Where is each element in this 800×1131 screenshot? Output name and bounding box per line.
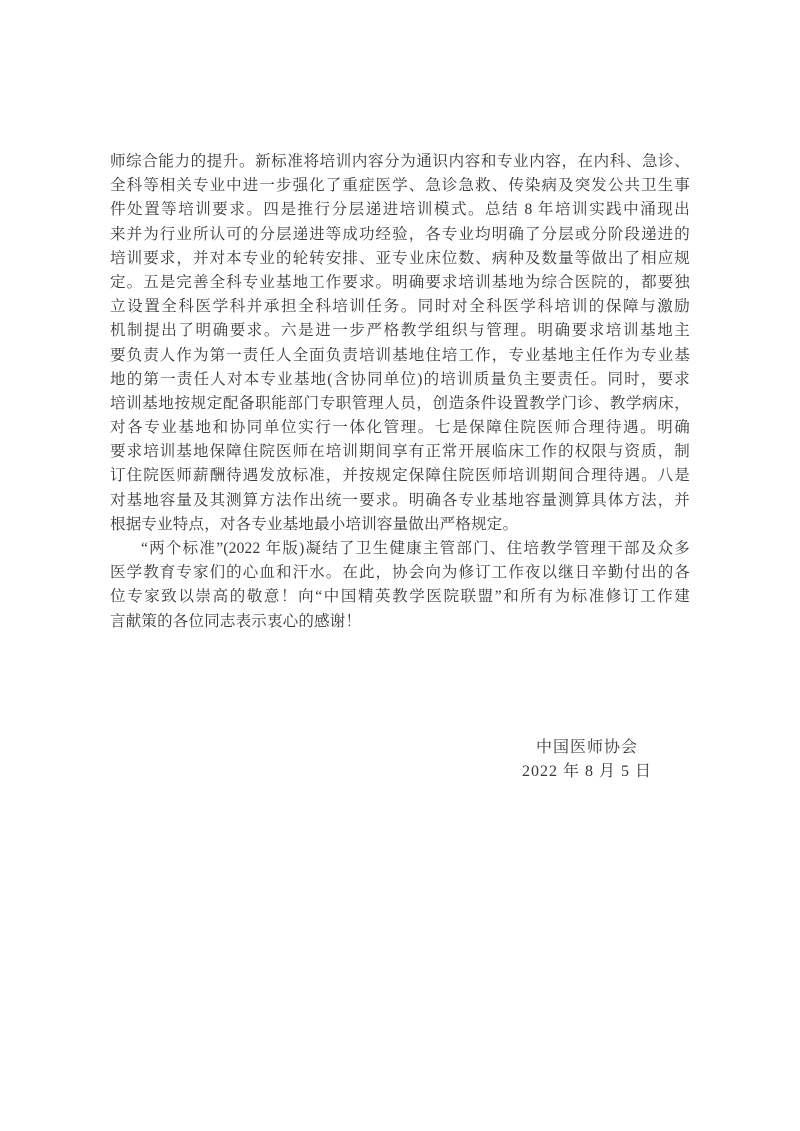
signature-organization: 中国医师协会 bbox=[522, 736, 652, 760]
body-line: 对基地容量及其测算方法作出统一要求。明确各专业基地容量测算具体方法，并 bbox=[110, 489, 690, 513]
document-body: 师综合能力的提升。新标准将培训内容分为通识内容和专业内容，在内科、急诊、 全科等… bbox=[110, 150, 690, 784]
body-line: 培训要求，并对本专业的轮转安排、亚专业床位数、病种及数量等做出了相应规 bbox=[110, 247, 690, 271]
body-line: 位专家致以崇高的敬意！向“中国精英教学医院联盟”和所有为标准修订工作建 bbox=[110, 585, 690, 609]
body-line: 立设置全科医学科并承担全科培训任务。同时对全科医学科培训的保障与激励 bbox=[110, 295, 690, 319]
body-line-paragraph-end: 根据专业特点，对各专业基地最小培训容量做出严格规定。 bbox=[110, 513, 690, 537]
body-line: 全科等相关专业中进一步强化了重症医学、急诊急救、传染病及突发公共卫生事 bbox=[110, 174, 690, 198]
body-line-paragraph-start: “两个标准”(2022 年版)凝结了卫生健康主管部门、住培教学管理干部及众多 bbox=[110, 537, 690, 561]
signature-block: 中国医师协会 2022 年 8 月 5 日 bbox=[110, 736, 690, 784]
body-line: 订住院医师薪酬待遇发放标准，并按规定保障住院医师培训期间合理待遇。八是 bbox=[110, 464, 690, 488]
body-line: 来并为行业所认可的分层递进等成功经验，各专业均明确了分层或分阶段递进的 bbox=[110, 223, 690, 247]
body-line: 要求培训基地保障住院医师在培训期间享有正常开展临床工作的权限与资质，制 bbox=[110, 440, 690, 464]
body-line: 培训基地按规定配备职能部门专职管理人员，创造条件设置教学门诊、教学病床， bbox=[110, 392, 690, 416]
body-line: 机制提出了明确要求。六是进一步严格教学组织与管理。明确要求培训基地主 bbox=[110, 319, 690, 343]
body-line: 医学教育专家们的心血和汗水。在此，协会向为修订工作夜以继日辛勤付出的各 bbox=[110, 561, 690, 585]
body-line: 件处置等培训要求。四是推行分层递进培训模式。总结 8 年培训实践中涌现出 bbox=[110, 198, 690, 222]
body-line: 师综合能力的提升。新标准将培训内容分为通识内容和专业内容，在内科、急诊、 bbox=[110, 150, 690, 174]
document-page: 师综合能力的提升。新标准将培训内容分为通识内容和专业内容，在内科、急诊、 全科等… bbox=[0, 0, 800, 1131]
body-line: 定。五是完善全科专业基地工作要求。明确要求培训基地为综合医院的，都要独 bbox=[110, 271, 690, 295]
signature-inner: 中国医师协会 2022 年 8 月 5 日 bbox=[522, 736, 652, 784]
body-line: 要负责人作为第一责任人全面负责培训基地住培工作，专业基地主任作为专业基 bbox=[110, 344, 690, 368]
body-line: 地的第一责任人对本专业基地(含协同单位)的培训质量负主要责任。同时，要求 bbox=[110, 368, 690, 392]
body-line-paragraph-end: 言献策的各位同志表示衷心的感谢！ bbox=[110, 610, 690, 634]
body-line: 对各专业基地和协同单位实行一体化管理。七是保障住院医师合理待遇。明确 bbox=[110, 416, 690, 440]
signature-date: 2022 年 8 月 5 日 bbox=[522, 760, 652, 784]
